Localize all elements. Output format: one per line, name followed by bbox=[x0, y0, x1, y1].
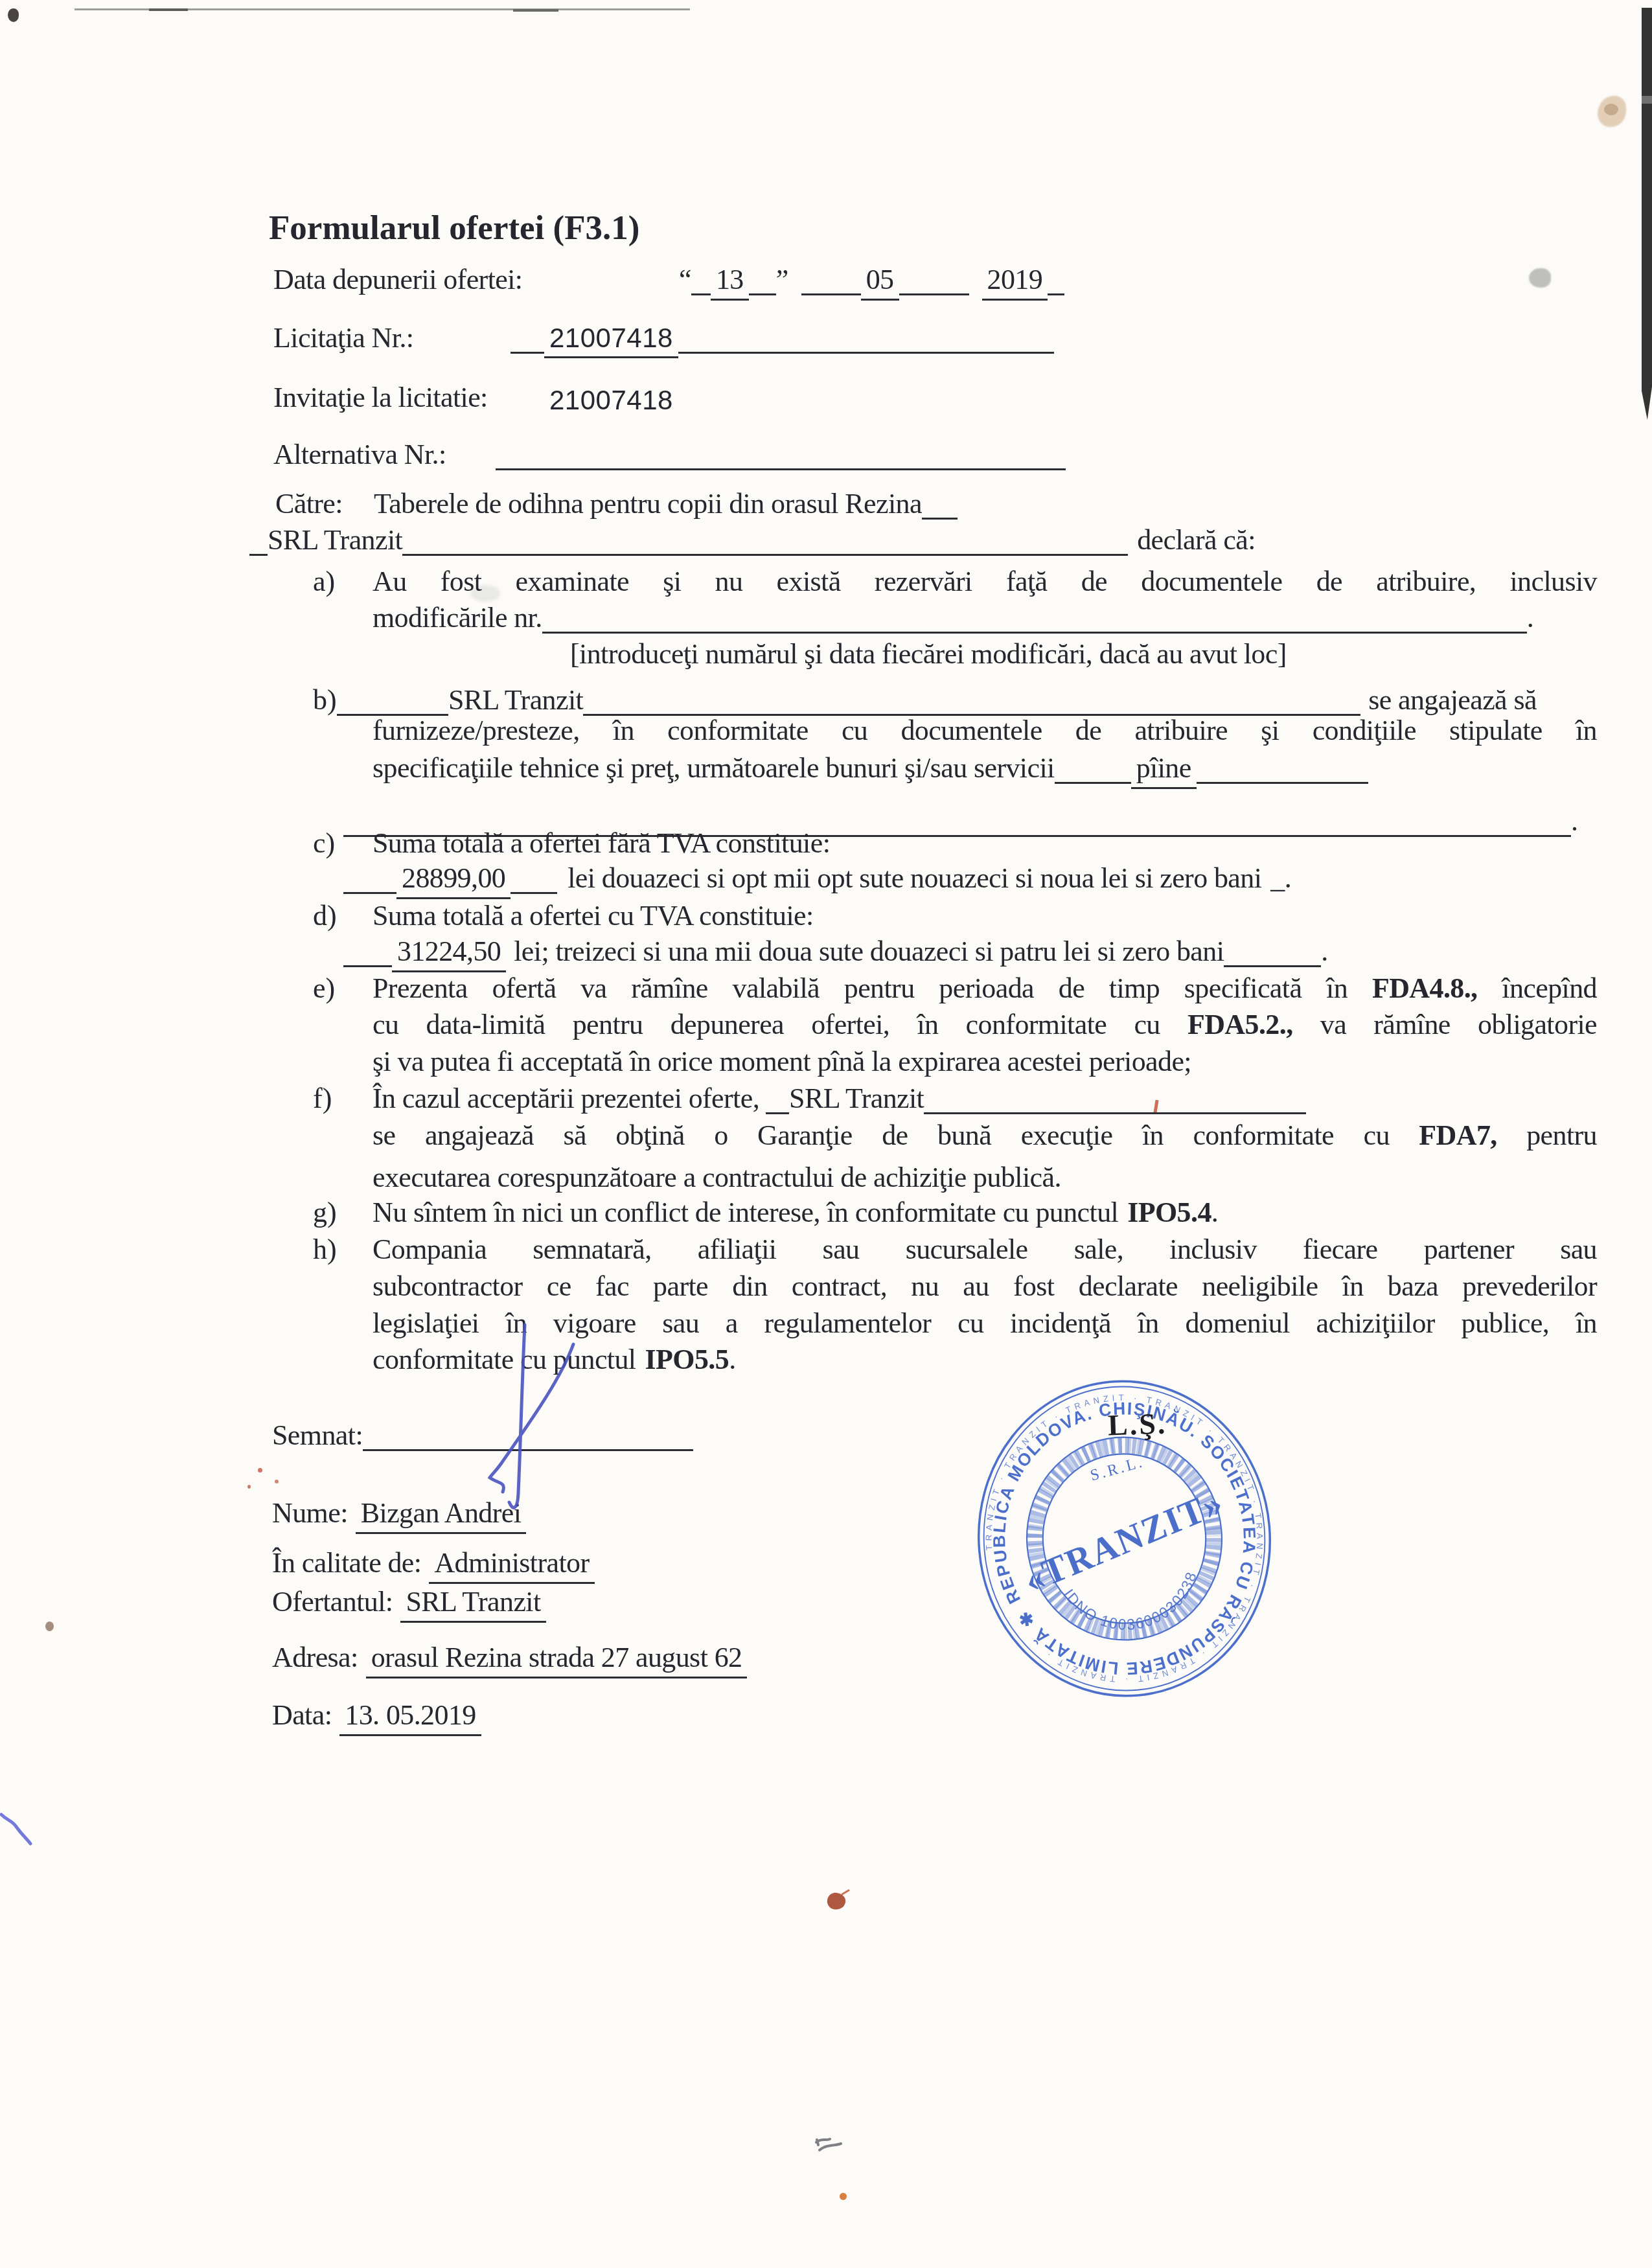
ruled-blank bbox=[1048, 284, 1064, 295]
item-d-line-2: 31224,50lei; treizeci si una mii doua su… bbox=[343, 935, 1328, 968]
scan-edge-line-dark-segment bbox=[149, 8, 188, 11]
item-c-marker: c) bbox=[313, 827, 335, 860]
month-value: 05 bbox=[861, 264, 899, 301]
field-data-depunerii-label: Data depunerii ofertei: bbox=[273, 263, 522, 297]
licitatia-number: 21007418 bbox=[544, 323, 678, 358]
pen-stroke-left-edge bbox=[0, 1811, 34, 1848]
ink-speck bbox=[247, 1485, 251, 1489]
item-c-line-2: 28899,00lei douazeci si opt mii opt sute… bbox=[343, 862, 1291, 895]
adresa-value: orasul Rezina strada 27 august 62 bbox=[366, 1642, 748, 1678]
item-d-line-1: Suma totală a ofertei cu TVA constituie: bbox=[373, 899, 814, 933]
item-f-offeror-name: SRL Tranzit bbox=[789, 1082, 924, 1114]
item-g-marker: g) bbox=[313, 1196, 337, 1229]
scan-edge-line-dark-segment bbox=[513, 9, 558, 12]
item-b-line-1: SRL Tranzitse angajează să bbox=[337, 683, 1537, 717]
item-a-note: [introduceţi numărul şi data fiecărei mo… bbox=[570, 637, 1287, 671]
calitate-value: Administrator bbox=[429, 1547, 594, 1584]
period: . bbox=[729, 1344, 735, 1375]
field-calitate: În calitate de:Administrator bbox=[272, 1546, 595, 1580]
period: . bbox=[1211, 1197, 1218, 1228]
catre-value: Taberele de odihna pentru copii din oras… bbox=[374, 488, 922, 520]
item-f-line-2: se angajează să obţină o Garanţie de bun… bbox=[373, 1119, 1597, 1152]
item-b-marker: b) bbox=[313, 683, 337, 716]
ls-seal-place-mark: L.Ş. bbox=[1107, 1406, 1167, 1442]
item-h-ref-ipo55: IPO5.5 bbox=[645, 1344, 729, 1375]
ruled-blank bbox=[1197, 773, 1368, 784]
item-h-line-2: subcontractor ce fac parte din contract,… bbox=[373, 1270, 1597, 1303]
quote-close: ” bbox=[776, 264, 788, 295]
item-e-ref-fda52: FDA5.2., bbox=[1187, 1009, 1293, 1040]
ruled-blank bbox=[749, 284, 776, 295]
data-value: 13. 05.2019 bbox=[339, 1699, 481, 1736]
declara-text: declară că: bbox=[1137, 524, 1256, 556]
item-f-line-1: În cazul acceptării prezentei oferte,SRL… bbox=[373, 1082, 1306, 1116]
page-title: Formularul ofertei (F3.1) bbox=[269, 211, 640, 245]
period: . bbox=[1527, 602, 1533, 634]
field-invitatie-value: 21007418 bbox=[549, 384, 673, 417]
item-d-amount: 31224,50 bbox=[392, 935, 506, 972]
item-e-marker: e) bbox=[313, 972, 335, 1005]
ruled-blank bbox=[801, 284, 861, 295]
ink-dot bbox=[840, 2193, 847, 2200]
item-e-line-1: Prezenta ofertă va rămîne valabilă pentr… bbox=[373, 972, 1597, 1005]
ruled-blank bbox=[249, 545, 268, 556]
item-f-ref-fda7: FDA7, bbox=[1419, 1119, 1497, 1151]
scanned-offer-form-page: Formularul ofertei (F3.1) Data depunerii… bbox=[0, 0, 1652, 2268]
gray-squiggle-mark bbox=[814, 2136, 845, 2157]
ofertant-name: SRL Tranzit bbox=[268, 524, 402, 556]
ruled-blank bbox=[1055, 773, 1131, 784]
field-ofertant-declaration: SRL Tranzitdeclară că: bbox=[249, 523, 1256, 557]
field-licitatia-value: 21007418 bbox=[511, 321, 1054, 355]
paper-stain bbox=[1604, 104, 1618, 115]
item-b-line-1-end: se angajează să bbox=[1368, 684, 1537, 716]
adresa-label: Adresa: bbox=[272, 1642, 358, 1673]
calitate-label: În calitate de: bbox=[272, 1547, 421, 1579]
ink-speck bbox=[275, 1480, 279, 1483]
item-b-offeror-name: SRL Tranzit bbox=[448, 684, 583, 716]
item-g-ref-ipo54: IPO5.4 bbox=[1127, 1197, 1211, 1228]
item-e-line-1-text: Prezenta ofertă va rămîne valabilă pentr… bbox=[373, 972, 1348, 1004]
item-a-line-1: Au fost examinate şi nu există rezervări… bbox=[373, 565, 1597, 599]
paper-speck bbox=[45, 1621, 54, 1631]
field-data-depunerii-value: “13”052019 bbox=[679, 263, 1064, 297]
ink-speck bbox=[258, 1468, 262, 1472]
item-g-line-1: Nu sîntem în nici un conflict de interes… bbox=[373, 1196, 1218, 1230]
stamp-company-name: «TRANZIT» bbox=[1019, 1482, 1230, 1601]
handwritten-signature bbox=[428, 1318, 609, 1532]
ofertantul-label: Ofertantul: bbox=[272, 1586, 393, 1618]
ruled-blank bbox=[343, 956, 392, 967]
item-d-amount-words: lei; treizeci si una mii doua sute douaz… bbox=[514, 935, 1224, 967]
item-e-line-1-end: începînd bbox=[1502, 972, 1597, 1004]
year-value: 2019 bbox=[982, 264, 1048, 301]
item-g-text: Nu sîntem în nici un conflict de interes… bbox=[373, 1197, 1118, 1228]
ruled-blank bbox=[922, 509, 958, 520]
item-f-line-2-text: se angajează să obţină o Garanţie de bun… bbox=[373, 1119, 1390, 1151]
item-d-marker: d) bbox=[313, 899, 337, 932]
field-ofertantul: Ofertantul:SRL Tranzit bbox=[272, 1585, 546, 1619]
item-c-amount: 28899,00 bbox=[396, 862, 511, 899]
ruled-blank bbox=[924, 1103, 1306, 1114]
scan-ink-blob bbox=[8, 8, 19, 22]
item-b-goods-value: pîine bbox=[1131, 752, 1197, 789]
data-label: Data: bbox=[272, 1699, 332, 1731]
item-e-line-2: cu data-limită pentru depunerea ofertei,… bbox=[373, 1008, 1597, 1042]
item-f-marker: f) bbox=[313, 1082, 332, 1115]
ruled-blank bbox=[542, 623, 1527, 634]
ruled-blank bbox=[496, 459, 1066, 470]
item-f-line-1-text: În cazul acceptării prezentei oferte, bbox=[373, 1082, 759, 1114]
ruled-blank bbox=[511, 343, 544, 354]
paper-smudge bbox=[1529, 268, 1551, 288]
semnat-label: Semnat: bbox=[272, 1419, 363, 1451]
ruled-blank bbox=[343, 883, 396, 894]
field-catre: Către:Taberele de odihna pentru copii di… bbox=[275, 487, 958, 521]
item-c-amount-words: lei douazeci si opt mii opt sute nouazec… bbox=[568, 862, 1261, 894]
item-a-line-2: modificările nr.. bbox=[373, 601, 1533, 635]
period: . bbox=[1321, 935, 1327, 967]
ofertantul-value: SRL Tranzit bbox=[400, 1586, 545, 1623]
ruled-blank bbox=[691, 284, 711, 295]
item-c-tail: _. bbox=[1270, 862, 1291, 894]
ruled-blank bbox=[678, 343, 1054, 354]
item-e-ref-fda48: FDA4.8., bbox=[1372, 972, 1478, 1004]
scan-right-edge-bar bbox=[1642, 8, 1652, 420]
field-invitatie-label: Invitaţie la licitatie: bbox=[273, 381, 488, 415]
period: . bbox=[1571, 805, 1577, 837]
item-b-line-3-text: specificaţiile tehnice şi preţ, următoar… bbox=[373, 752, 1055, 784]
ruled-blank bbox=[766, 1103, 789, 1114]
red-ink-blot bbox=[824, 1889, 853, 1912]
day-value: 13 bbox=[711, 264, 749, 301]
ruled-blank bbox=[1224, 956, 1321, 967]
item-e-line-3: şi va putea fi acceptată în orice moment… bbox=[373, 1045, 1191, 1079]
quote-open: “ bbox=[679, 264, 691, 295]
ruled-blank bbox=[899, 284, 969, 295]
field-adresa: Adresa:orasul Rezina strada 27 august 62 bbox=[272, 1641, 747, 1675]
catre-label: Către: bbox=[275, 488, 343, 520]
field-licitatia-label: Licitaţia Nr.: bbox=[273, 321, 413, 355]
item-h-line-1: Compania semnatară, afiliaţii sau sucurs… bbox=[373, 1233, 1597, 1266]
ruled-blank bbox=[402, 545, 1128, 556]
item-b-line-2: furnizeze/presteze, în conformitate cu d… bbox=[373, 714, 1597, 748]
field-alternativa-value bbox=[496, 438, 1066, 472]
field-alternativa-label: Alternativa Nr.: bbox=[273, 438, 446, 472]
item-e-line-2-text: cu data-limită pentru depunerea ofertei,… bbox=[373, 1009, 1160, 1040]
item-h-marker: h) bbox=[313, 1233, 337, 1266]
scan-right-edge-bar-notch bbox=[1642, 96, 1652, 104]
field-data-semnarii: Data:13. 05.2019 bbox=[272, 1699, 481, 1732]
item-f-line-3: executarea corespunzătoare a contractulu… bbox=[373, 1161, 1061, 1195]
item-e-line-2-end: va rămîne obligatorie bbox=[1320, 1009, 1597, 1040]
item-c-line-1: Suma totală a ofertei fără TVA constitui… bbox=[373, 827, 830, 860]
item-f-line-2-end: pentru bbox=[1526, 1119, 1597, 1151]
item-a-marker: a) bbox=[313, 565, 335, 598]
ruled-blank bbox=[511, 883, 557, 894]
item-b-line-3: specificaţiile tehnice şi preţ, următoar… bbox=[373, 751, 1368, 785]
nume-label: Nume: bbox=[272, 1497, 348, 1529]
item-a-line-2-text: modificările nr. bbox=[373, 602, 542, 634]
